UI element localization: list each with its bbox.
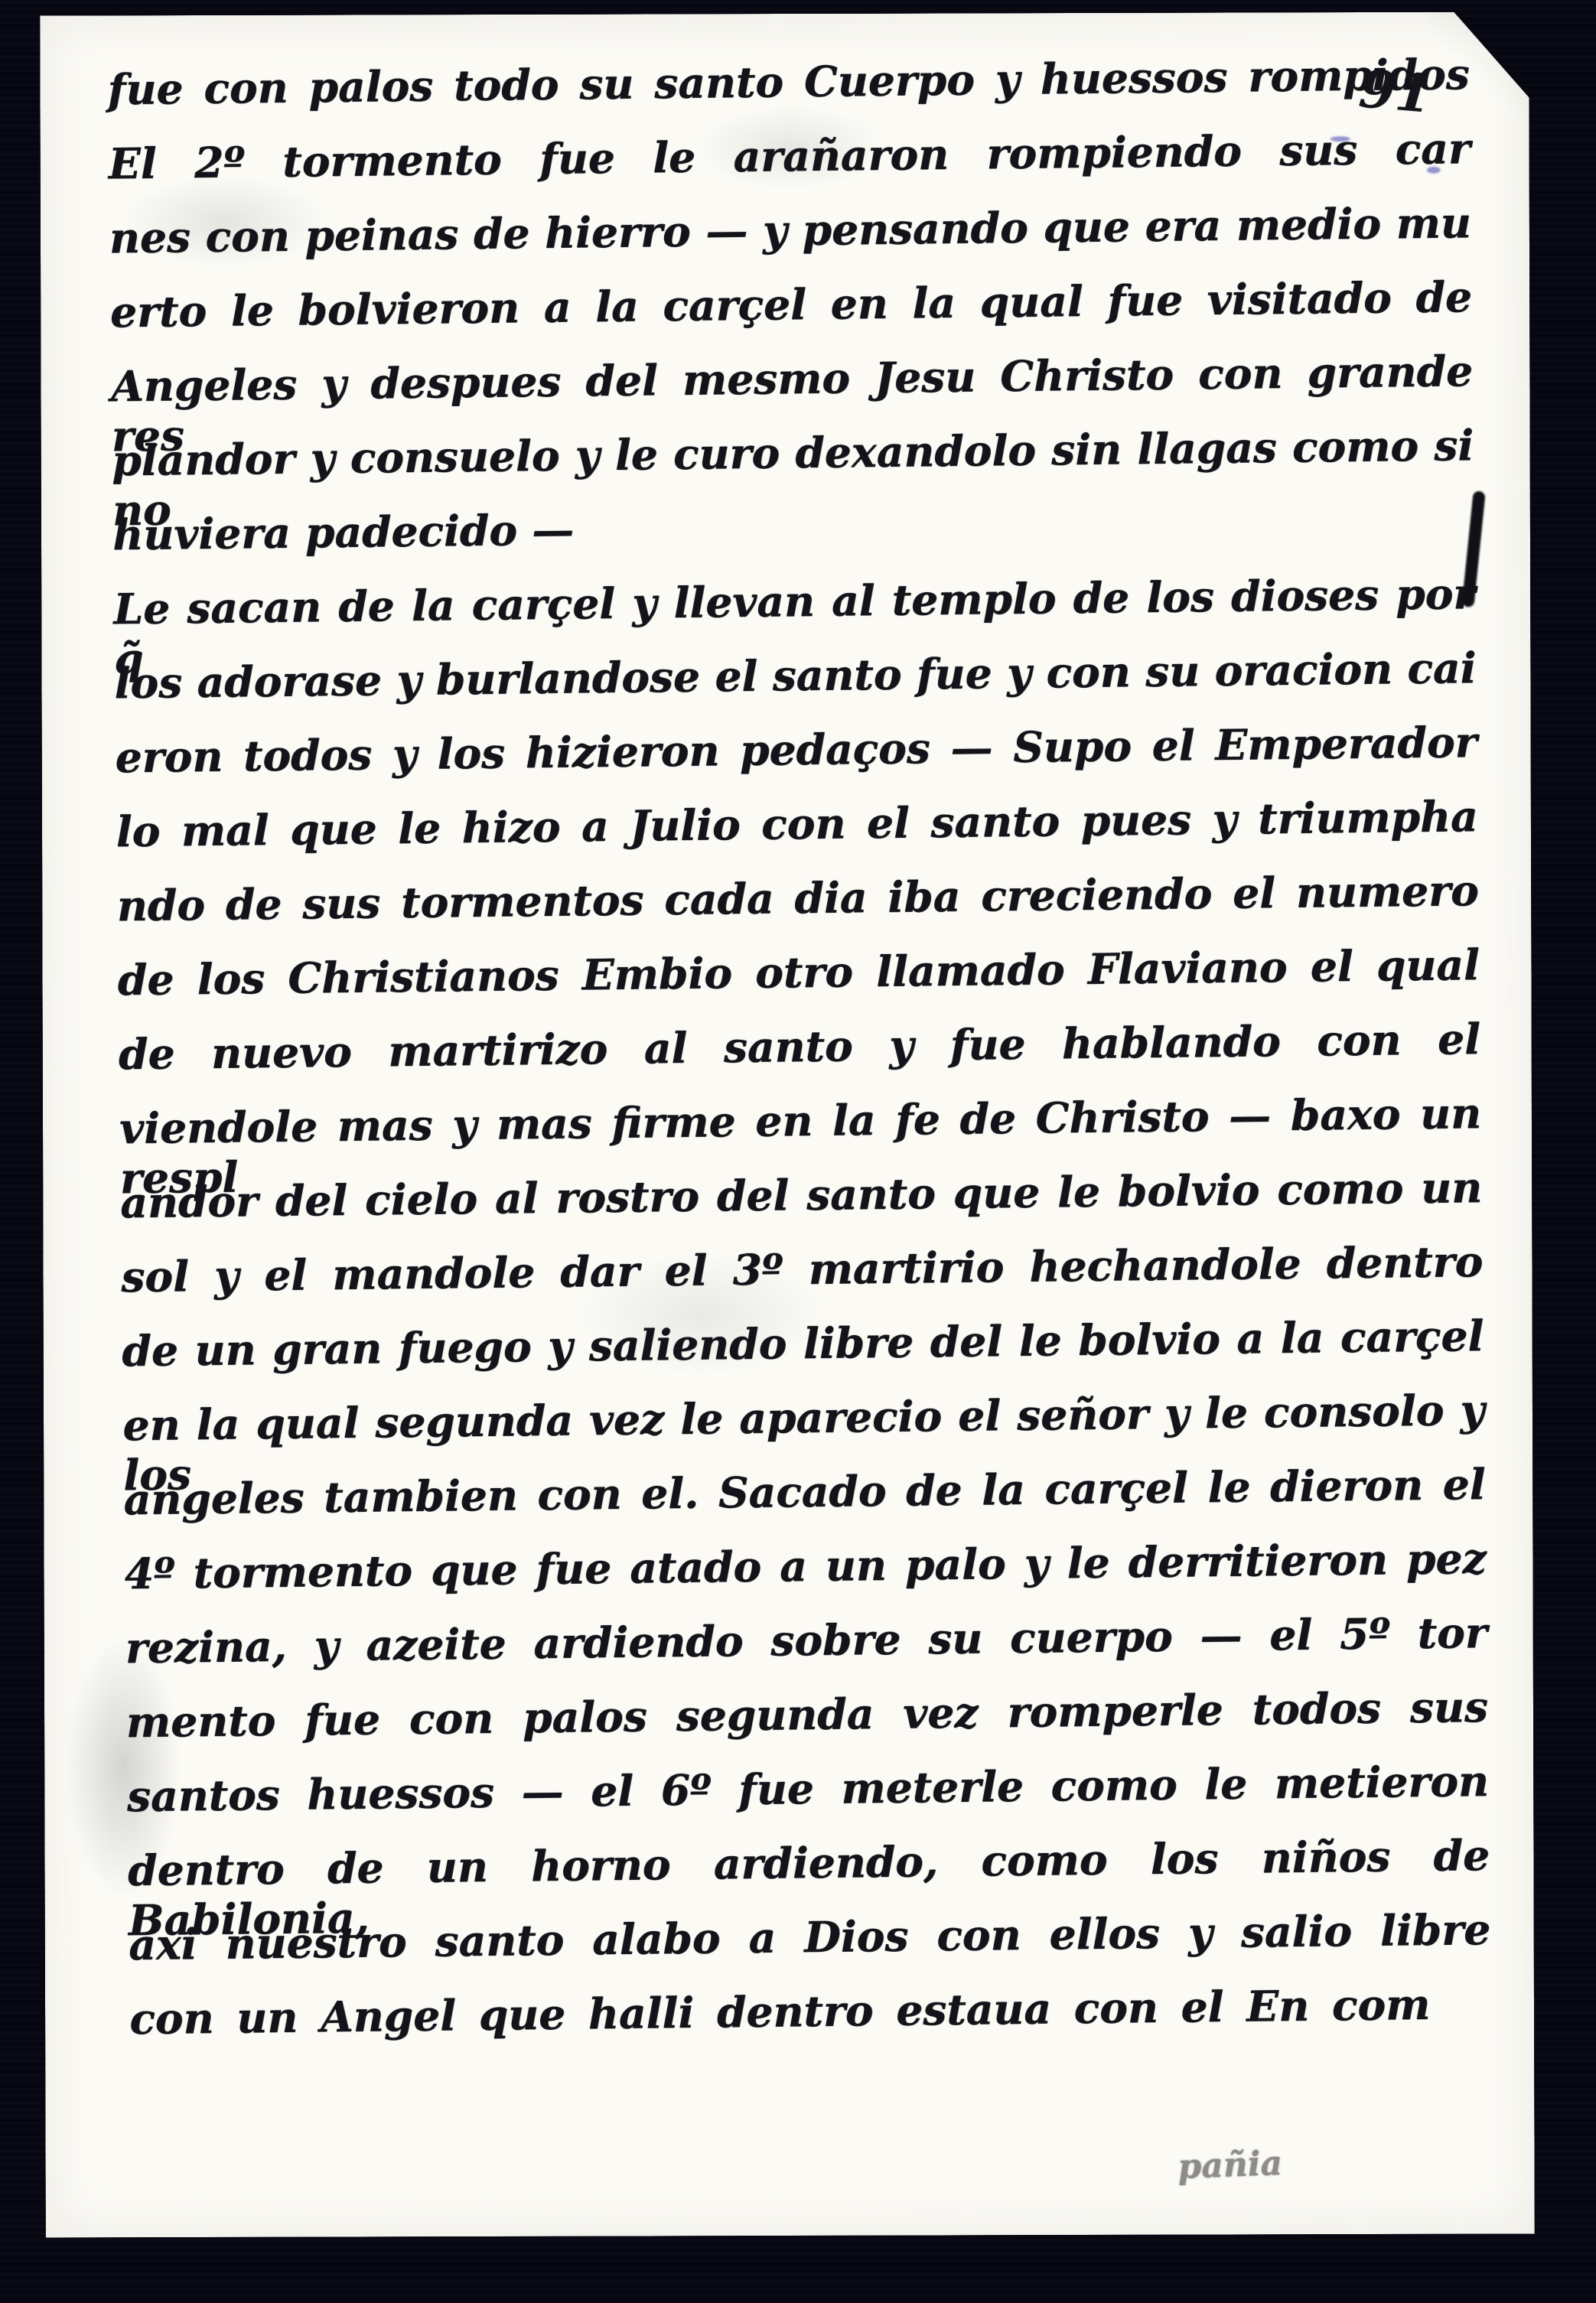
manuscript-paper: 91 fue con palos todo su santo Cuerpo y …: [40, 11, 1535, 2237]
catchword: pañia: [1177, 2144, 1283, 2187]
manuscript-line: con un Angel que halli dentro estaua con…: [129, 1979, 1431, 2068]
blue-ink-speck: [1427, 167, 1441, 174]
manuscript-text-block: fue con palos todo su santo Cuerpo y hue…: [107, 49, 1492, 2068]
blue-ink-speck: [1331, 136, 1350, 142]
scanned-manuscript-page: 91 fue con palos todo su santo Cuerpo y …: [0, 0, 1596, 2303]
